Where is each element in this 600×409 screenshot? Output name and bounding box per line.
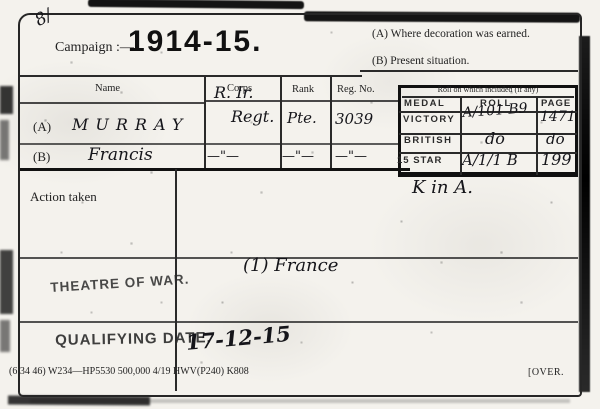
note-b: (B) Present situation. — [372, 55, 469, 68]
medal-row-british: BRITISH — [404, 136, 453, 146]
divider-rank-regno — [330, 77, 332, 170]
row-b-rank-ditto: —"— — [282, 150, 314, 164]
rule-under-notes — [360, 70, 578, 72]
note-a: (A) Where decoration was earned. — [372, 28, 530, 41]
scan-artifact-left-edge-4 — [0, 320, 10, 352]
row-a-surname-handwritten: MURRAY — [72, 116, 189, 134]
corps-overwrite-handwritten: R. Ir. — [214, 84, 254, 102]
over-label: [OVER. — [528, 367, 564, 378]
victory-page-handwritten: 1471 — [540, 110, 576, 125]
row-b-corps-ditto: —"— — [207, 150, 239, 164]
rule-under-row-b-thick — [20, 168, 410, 171]
col-header-rank: Rank — [292, 84, 314, 96]
divider-roll-page — [536, 97, 538, 175]
printer-code: (6 34 46) W234—HP5530 500,000 4/19 HWV(P… — [9, 366, 249, 377]
medal-index-card-scan: 8/ Campaign :— 1914-15. (A) Where decora… — [0, 0, 600, 409]
col-header-name: Name — [95, 83, 120, 95]
campaign-label: Campaign :— — [55, 40, 134, 55]
medal-table-title: Roll on which included (if any) — [400, 86, 576, 95]
scan-artifact-bottom-streak — [30, 399, 570, 403]
row-a-corps-handwritten: Regt. — [231, 108, 274, 126]
row-b-label: (B) — [33, 150, 50, 164]
scan-artifact-left-edge-2 — [0, 120, 9, 160]
star-roll-handwritten: A/1/1 B — [462, 152, 518, 169]
star-page-handwritten: 199 — [541, 151, 572, 169]
medal-col-header: MEDAL — [404, 99, 445, 109]
page-col-header: PAGE — [541, 99, 571, 109]
scan-artifact-top-left-band — [88, 0, 304, 9]
british-page-handwritten: do — [546, 131, 565, 148]
scan-speckle-texture — [0, 0, 1, 1]
row-a-rank-handwritten: Pte. — [287, 110, 317, 127]
medal-row-star: 15 STAR — [397, 156, 442, 166]
row-b-regno-ditto: —"— — [335, 150, 367, 164]
col-header-regno: Reg. No. — [337, 84, 375, 96]
scan-artifact-left-edge-1 — [0, 86, 13, 114]
divider-name-corps — [204, 77, 206, 170]
rule-under-row-a — [20, 143, 398, 145]
rule-above-qualifying — [20, 321, 578, 323]
row-a-label: (A) — [33, 120, 51, 134]
scan-artifact-left-edge-3 — [0, 250, 13, 314]
row-a-regno-handwritten: 3039 — [335, 111, 373, 128]
action-taken-label: Action taken — [30, 190, 97, 204]
rule-under-campaign — [20, 75, 362, 77]
campaign-value: 1914-15. — [128, 25, 262, 58]
rule-under-name-header — [20, 102, 204, 104]
theatre-of-war-value-handwritten: (1) France — [243, 256, 338, 276]
medal-row-victory: VICTORY — [403, 115, 455, 125]
british-roll-handwritten: do — [485, 130, 505, 148]
action-taken-value-handwritten: K in A. — [412, 178, 473, 198]
row-b-forename-handwritten: Francis — [88, 146, 153, 165]
